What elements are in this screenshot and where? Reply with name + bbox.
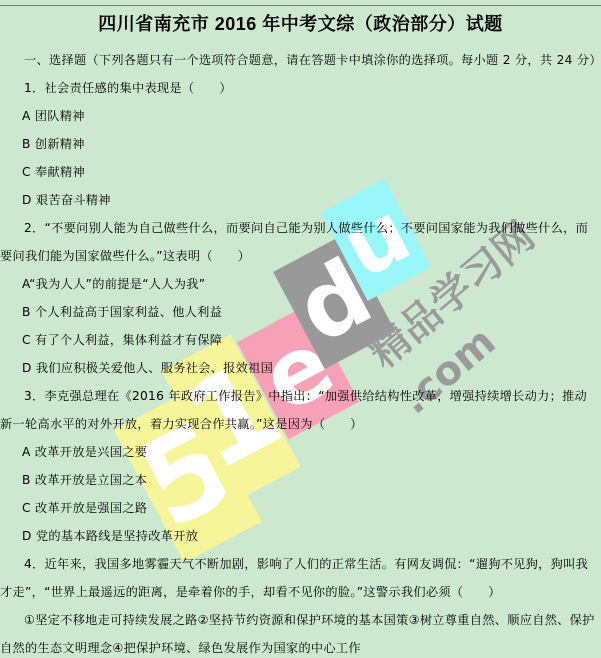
option-c: C 有了个人利益，集体利益才有保障: [0, 326, 601, 354]
option-d: D 艰苦奋斗精神: [0, 186, 601, 214]
question-4: 4．近年来，我国多地雾霾天气不断加剧，影响了人们的正常生活。有网友调侃：“遛狗不…: [0, 550, 601, 658]
option-b: B 创新精神: [0, 130, 601, 158]
option-c: C 奉献精神: [0, 158, 601, 186]
question-stem: 1．社会责任感的集中表现是（ ）: [0, 74, 601, 102]
top-divider: [0, 5, 601, 6]
question-2: 2．“不要问别人能为自己做些什么，而要问自己能为别人做些什么；不要问国家能为我们…: [0, 214, 601, 382]
section-heading: 一、选择题（下列各题只有一个选项符合题意，请在答题卡中填涂你的选择项。每小题 2…: [0, 46, 601, 74]
option-a: A 改革开放是兴国之要: [0, 438, 601, 466]
question-stem: 4．近年来，我国多地雾霾天气不断加剧，影响了人们的正常生活。有网友调侃：“遛狗不…: [0, 550, 601, 606]
question-1: 1．社会责任感的集中表现是（ ） A 团队精神 B 创新精神 C 奉献精神 D …: [0, 74, 601, 214]
option-a: A 团队精神: [0, 102, 601, 130]
question-stem: 2．“不要问别人能为自己做些什么，而要问自己能为别人做些什么；不要问国家能为我们…: [0, 214, 601, 270]
option-a: A“我为人人”的前提是“人人为我”: [0, 270, 601, 298]
option-b: B 个人利益高于国家利益、他人利益: [0, 298, 601, 326]
page-title: 四川省南充市 2016 年中考文综（政治部分）试题: [0, 12, 601, 36]
option-b: B 改革开放是立国之本: [0, 466, 601, 494]
question-stem: 3．李克强总理在《2016 年政府工作报告》中指出：“加强供给结构性改革，增强持…: [0, 382, 601, 438]
question-statements: ①坚定不移地走可持续发展之路②坚持节约资源和保护环境的基本国策③树立尊重自然、顺…: [0, 606, 601, 658]
option-d: D 我们应积极关爱他人、服务社会、报效祖国: [0, 354, 601, 382]
option-d: D 党的基本路线是坚持改革开放: [0, 522, 601, 550]
exam-content: 一、选择题（下列各题只有一个选项符合题意，请在答题卡中填涂你的选择项。每小题 2…: [0, 46, 601, 658]
option-c: C 改革开放是强国之路: [0, 494, 601, 522]
question-3: 3．李克强总理在《2016 年政府工作报告》中指出：“加强供给结构性改革，增强持…: [0, 382, 601, 550]
